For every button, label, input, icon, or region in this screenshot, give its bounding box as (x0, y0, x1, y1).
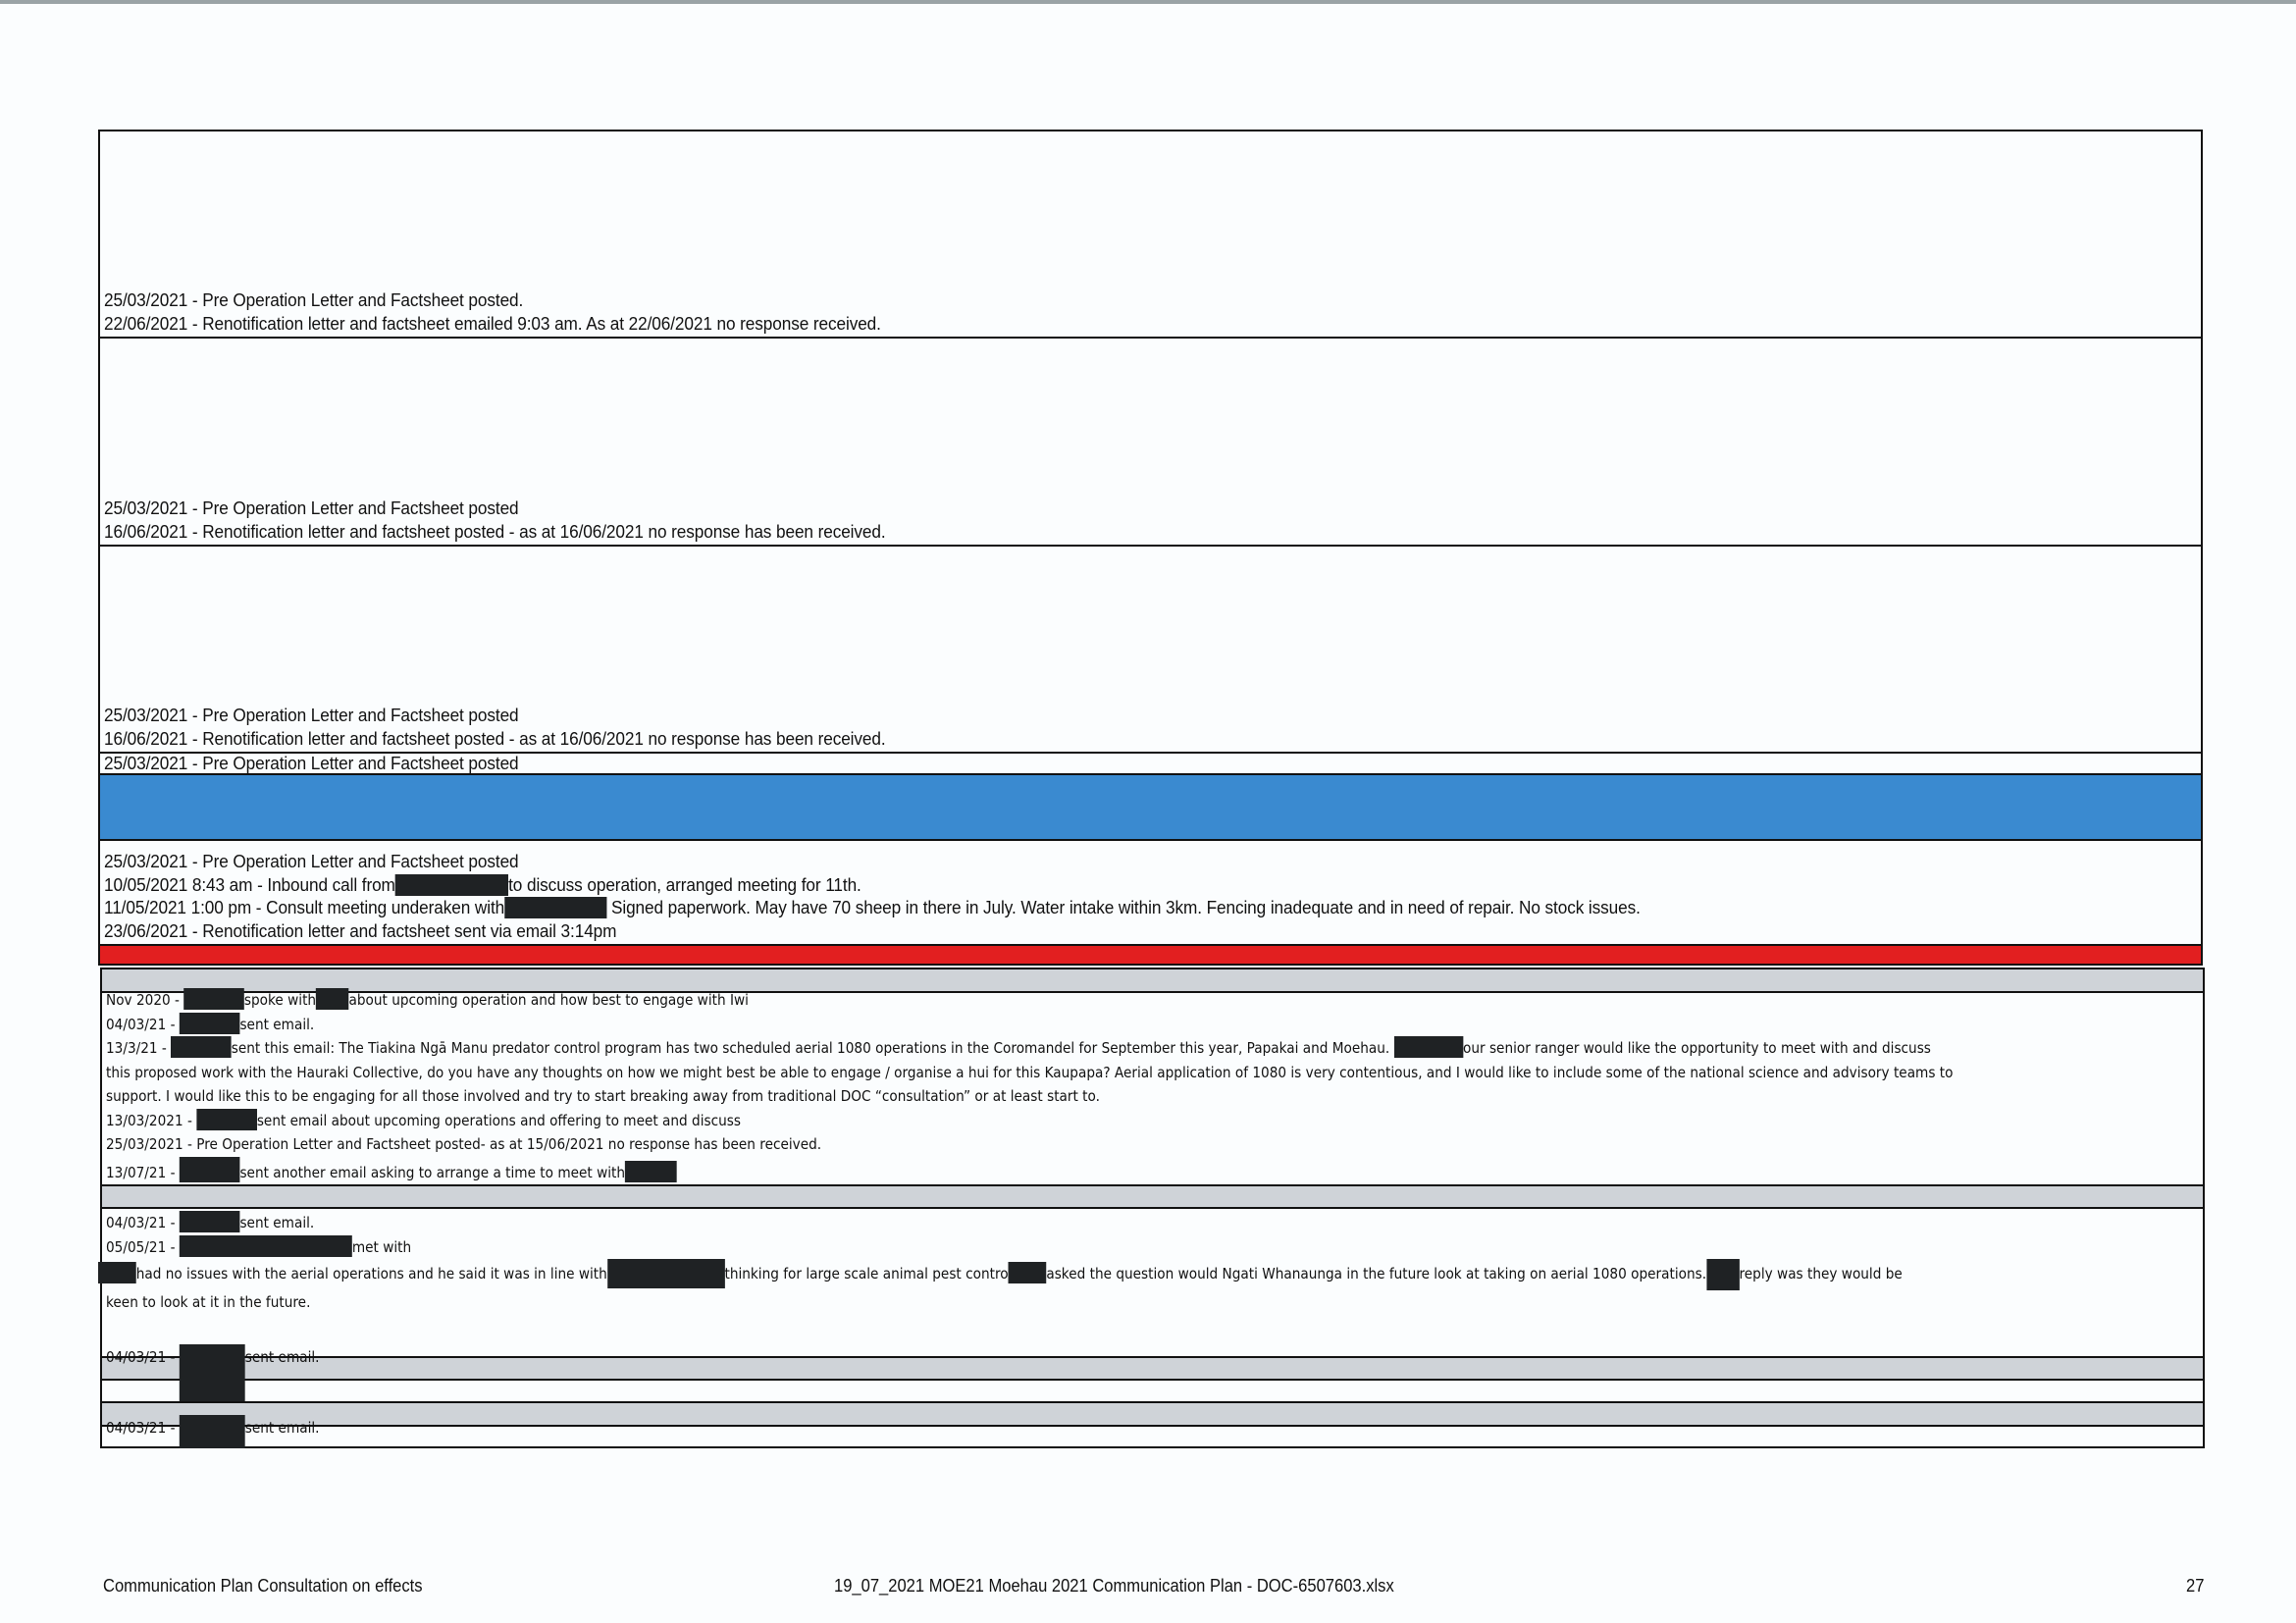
redaction (180, 1235, 352, 1257)
log-line: 22/06/2021 - Renotification letter and f… (104, 312, 2051, 336)
section-divider-blue (100, 773, 2201, 839)
redaction (180, 1344, 245, 1403)
table-row: 25/03/2021 - Pre Operation Letter and Fa… (100, 545, 2201, 752)
log-line: 25/03/2021 - Pre Operation Letter and Fa… (104, 497, 2051, 520)
log-line: 04/03/21 - sent email. (106, 1013, 1948, 1037)
redaction (1706, 1259, 1739, 1290)
page-number: 27 (2186, 1576, 2204, 1597)
redaction (1009, 1262, 1047, 1283)
redaction (504, 897, 606, 918)
redaction (180, 1415, 245, 1448)
table-row: 04/03/21 - sent email. (102, 1379, 2203, 1401)
log-line: 04/03/21 - sent email. (106, 1344, 1948, 1403)
log-line: 25/03/2021 - Pre Operation Letter and Fa… (104, 850, 2051, 873)
redaction (607, 1259, 725, 1288)
table-row: Nov 2020 - spoke withabout upcoming oper… (102, 991, 2203, 1184)
log-line: 10/05/2021 8:43 am - Inbound call fromto… (104, 873, 2051, 897)
log-line: 23/06/2021 - Renotification letter and f… (104, 919, 2051, 943)
table-row: 25/03/2021 - Pre Operation Letter and Fa… (100, 337, 2201, 545)
redaction (183, 988, 244, 1010)
log-line: 16/06/2021 - Renotification letter and f… (104, 520, 2051, 544)
log-line: 25/03/2021 - Pre Operation Letter and Fa… (104, 288, 2051, 312)
log-line: 04/03/21 - sent email. (106, 1415, 1948, 1448)
scan-top-edge (0, 0, 2296, 4)
log-line: this proposed work with the Hauraki Coll… (106, 1061, 1948, 1085)
section-divider-red (100, 944, 2201, 966)
redaction (180, 1013, 240, 1034)
table-row: 25/03/2021 - Pre Operation Letter and Fa… (100, 752, 2201, 773)
log-line: 04/03/21 - sent email. (106, 1211, 1948, 1235)
log-line: 25/03/2021 - Pre Operation Letter and Fa… (104, 752, 2051, 775)
log-line: had no issues with the aerial operations… (98, 1259, 1947, 1290)
log-line: 25/03/2021 - Pre Operation Letter and Fa… (104, 704, 2051, 727)
log-line: 13/03/2021 - sent email about upcoming o… (106, 1109, 1948, 1133)
log-line: Nov 2020 - spoke withabout upcoming oper… (106, 988, 1948, 1013)
redaction (316, 988, 348, 1010)
log-line: 05/05/21 - met with (106, 1235, 1948, 1260)
footer-sheet-name: Communication Plan Consultation on effec… (103, 1576, 423, 1597)
table-row: 04/03/21 - sent email. (102, 1425, 2203, 1448)
table-row: 04/03/21 - sent email. 05/05/21 - met wi… (102, 1207, 2203, 1356)
redaction (171, 1036, 232, 1058)
consultation-table-upper: 25/03/2021 - Pre Operation Letter and Fa… (98, 130, 2203, 966)
redaction (180, 1211, 240, 1232)
redaction (625, 1161, 677, 1182)
log-line: 25/03/2021 - Pre Operation Letter and Fa… (106, 1132, 1948, 1157)
footer-file-name: 19_07_2021 MOE21 Moehau 2021 Communicati… (834, 1576, 1394, 1597)
redaction (180, 1157, 240, 1182)
log-line: support. I would like this to be engagin… (106, 1084, 1948, 1109)
log-line: keen to look at it in the future. (106, 1290, 1948, 1315)
section-divider-grey (102, 1184, 2203, 1207)
redaction (196, 1109, 257, 1130)
log-line: 11/05/2021 1:00 pm - Consult meeting und… (104, 896, 2051, 919)
redaction (395, 874, 508, 896)
log-line: 13/3/21 - sent this email: The Tiakina N… (106, 1036, 1948, 1061)
table-row: 25/03/2021 - Pre Operation Letter and Fa… (100, 839, 2201, 944)
consultation-table-lower: Nov 2020 - spoke withabout upcoming oper… (100, 968, 2205, 1448)
redaction (1394, 1036, 1463, 1058)
log-line: 13/07/21 - sent another email asking to … (106, 1157, 1948, 1185)
table-row: 25/03/2021 - Pre Operation Letter and Fa… (100, 130, 2201, 337)
redaction (98, 1262, 136, 1283)
log-line: 16/06/2021 - Renotification letter and f… (104, 727, 2051, 751)
